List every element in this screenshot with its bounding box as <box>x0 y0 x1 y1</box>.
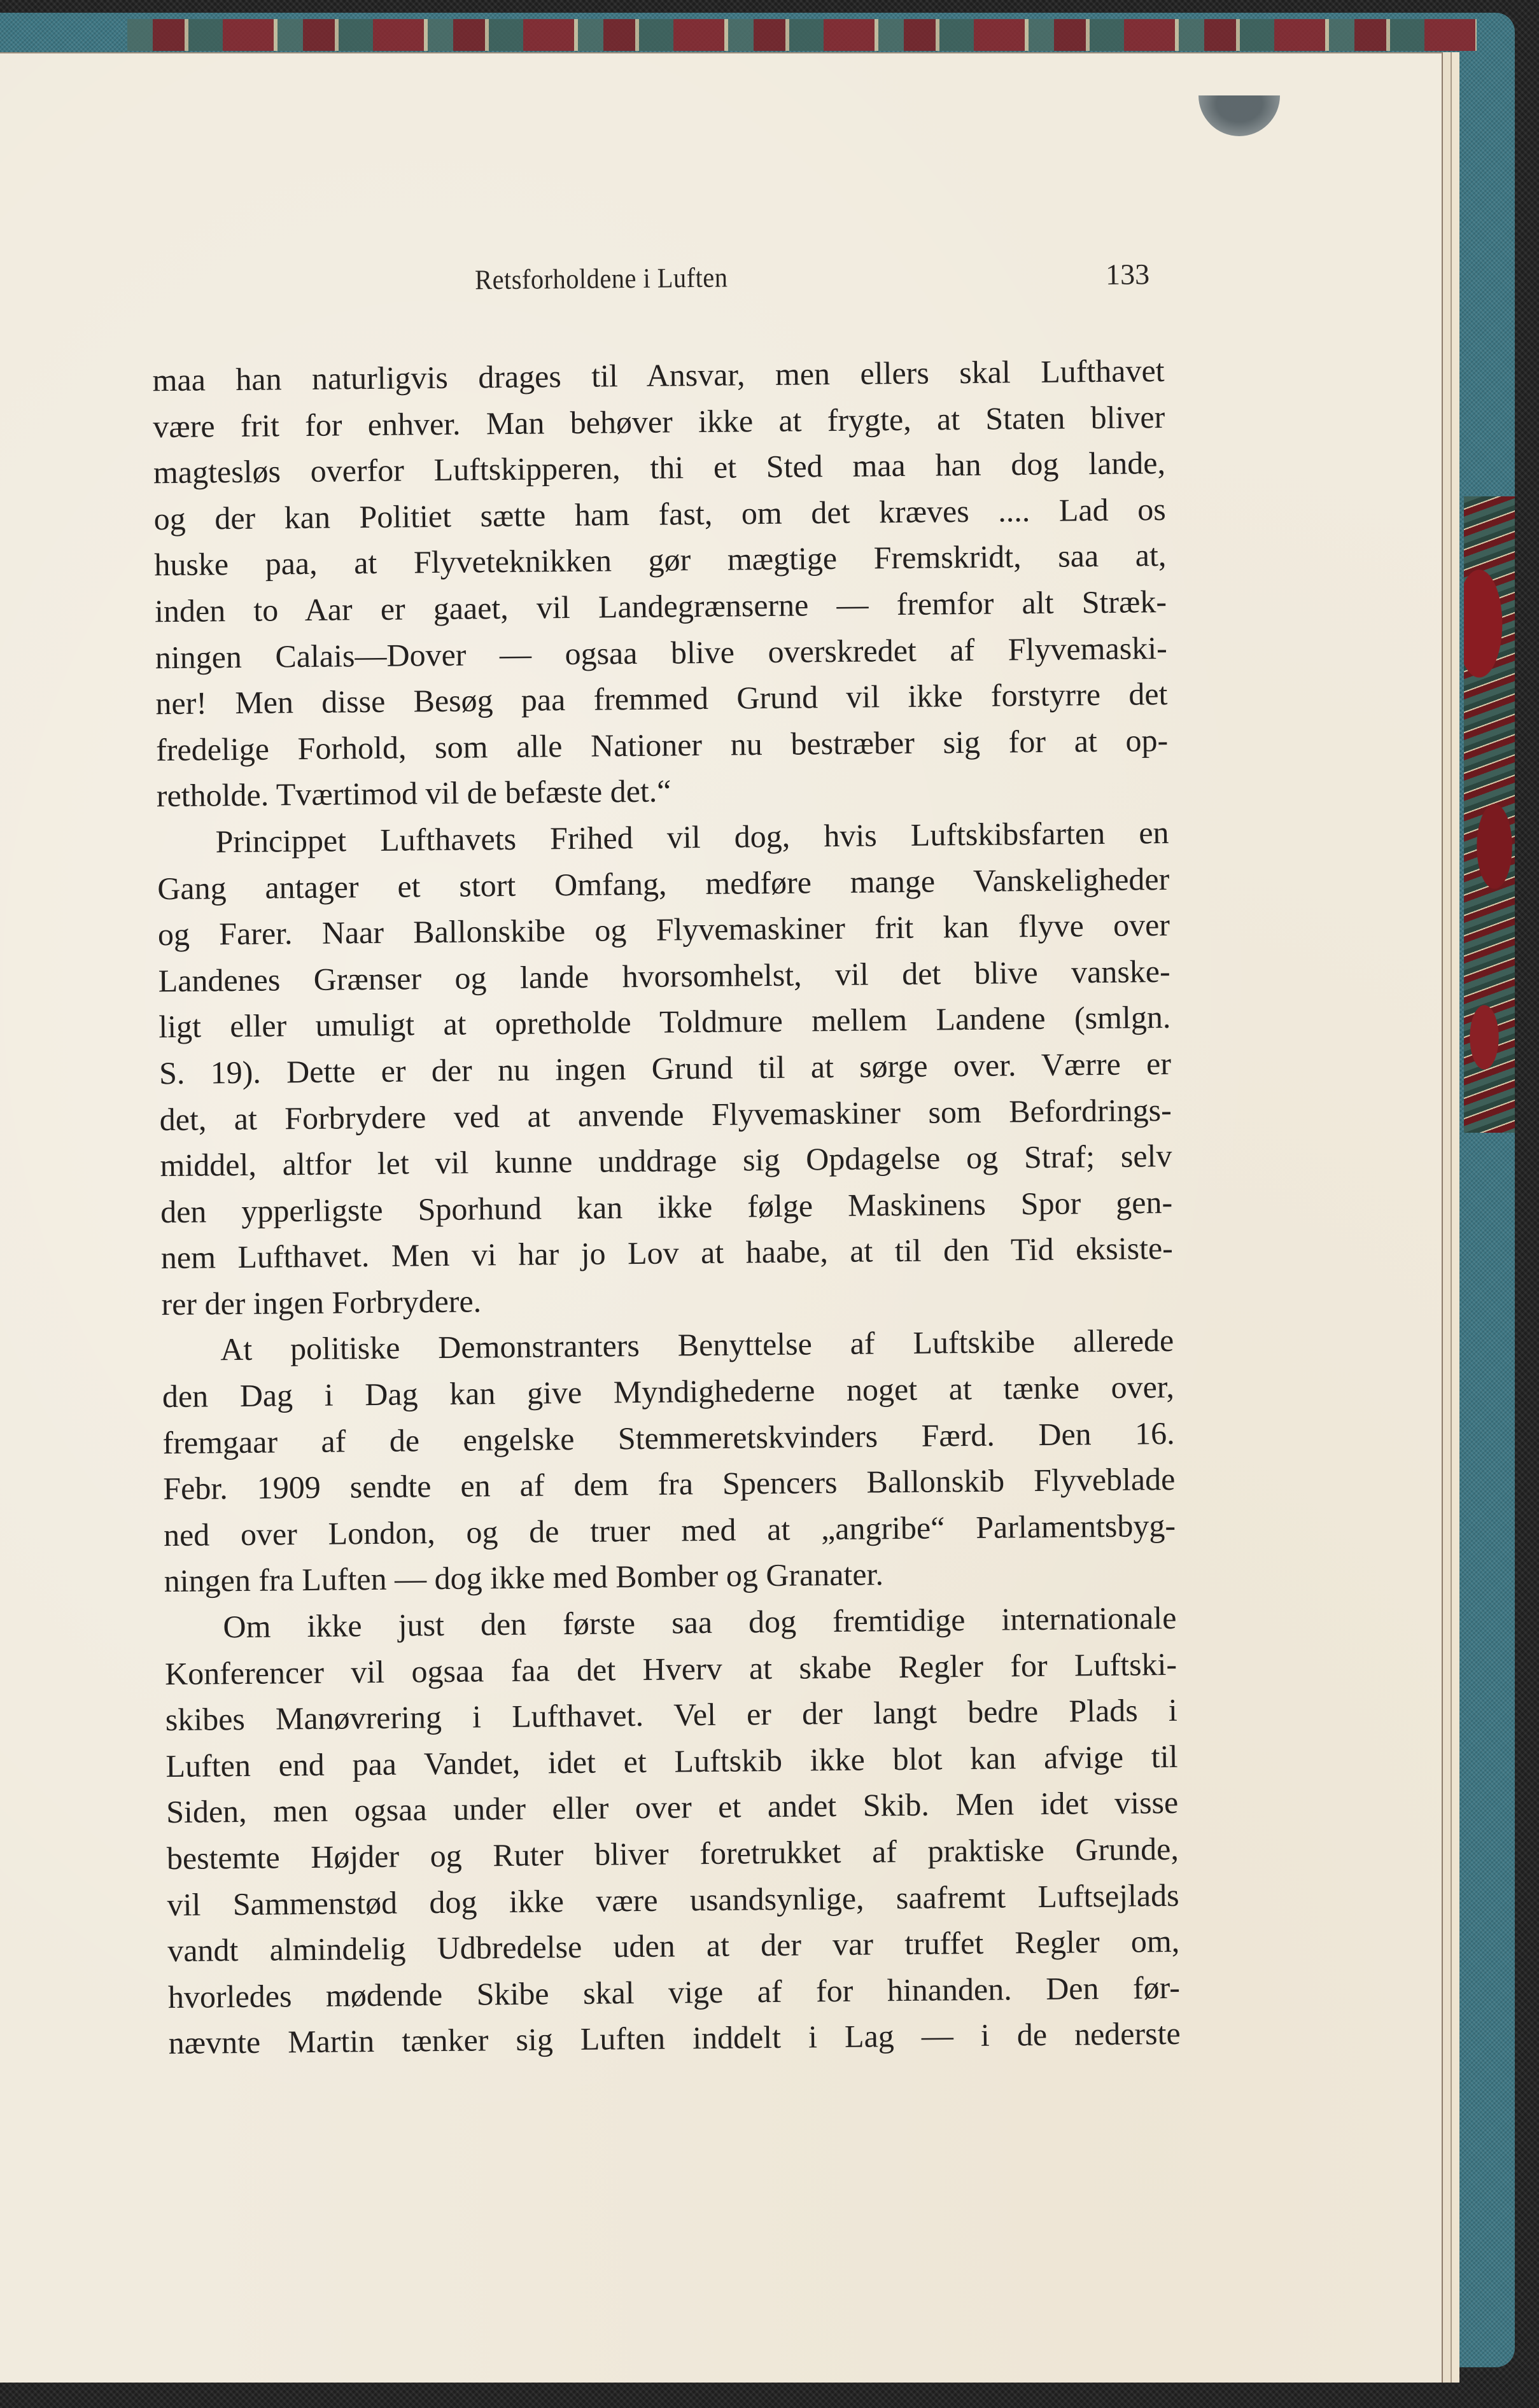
running-head: Retsforholdene i Luften 133 <box>475 257 1150 302</box>
paragraph: Princippet Lufthavets Frihed vil dog, hv… <box>157 809 1174 1327</box>
paragraph: maa han naturligvis drages til Ansvar, m… <box>152 347 1169 819</box>
text-line: nem Lufthavet. Men vi har jo Lov at haab… <box>161 1225 1174 1281</box>
paragraph: At politiske Demonstranters Benyttelse a… <box>162 1317 1176 1604</box>
running-head-title: Retsforholdene i Luften <box>475 262 728 297</box>
body-text: maa han naturligvis drages til Ansvar, m… <box>152 347 1181 2066</box>
paragraph: Om ikke just den første saa dog fremtidi… <box>164 1595 1181 2066</box>
text-line: nævnte Martin tænker sig Luften inddelt … <box>168 2010 1181 2066</box>
page-number: 133 <box>1106 257 1150 291</box>
page-content: Retsforholdene i Luften 133 maa han natu… <box>0 46 1453 2389</box>
marbled-endpaper-top <box>127 19 1477 51</box>
marbled-endpaper-right <box>1464 496 1515 1133</box>
book-page: Retsforholdene i Luften 133 maa han natu… <box>0 52 1443 2383</box>
